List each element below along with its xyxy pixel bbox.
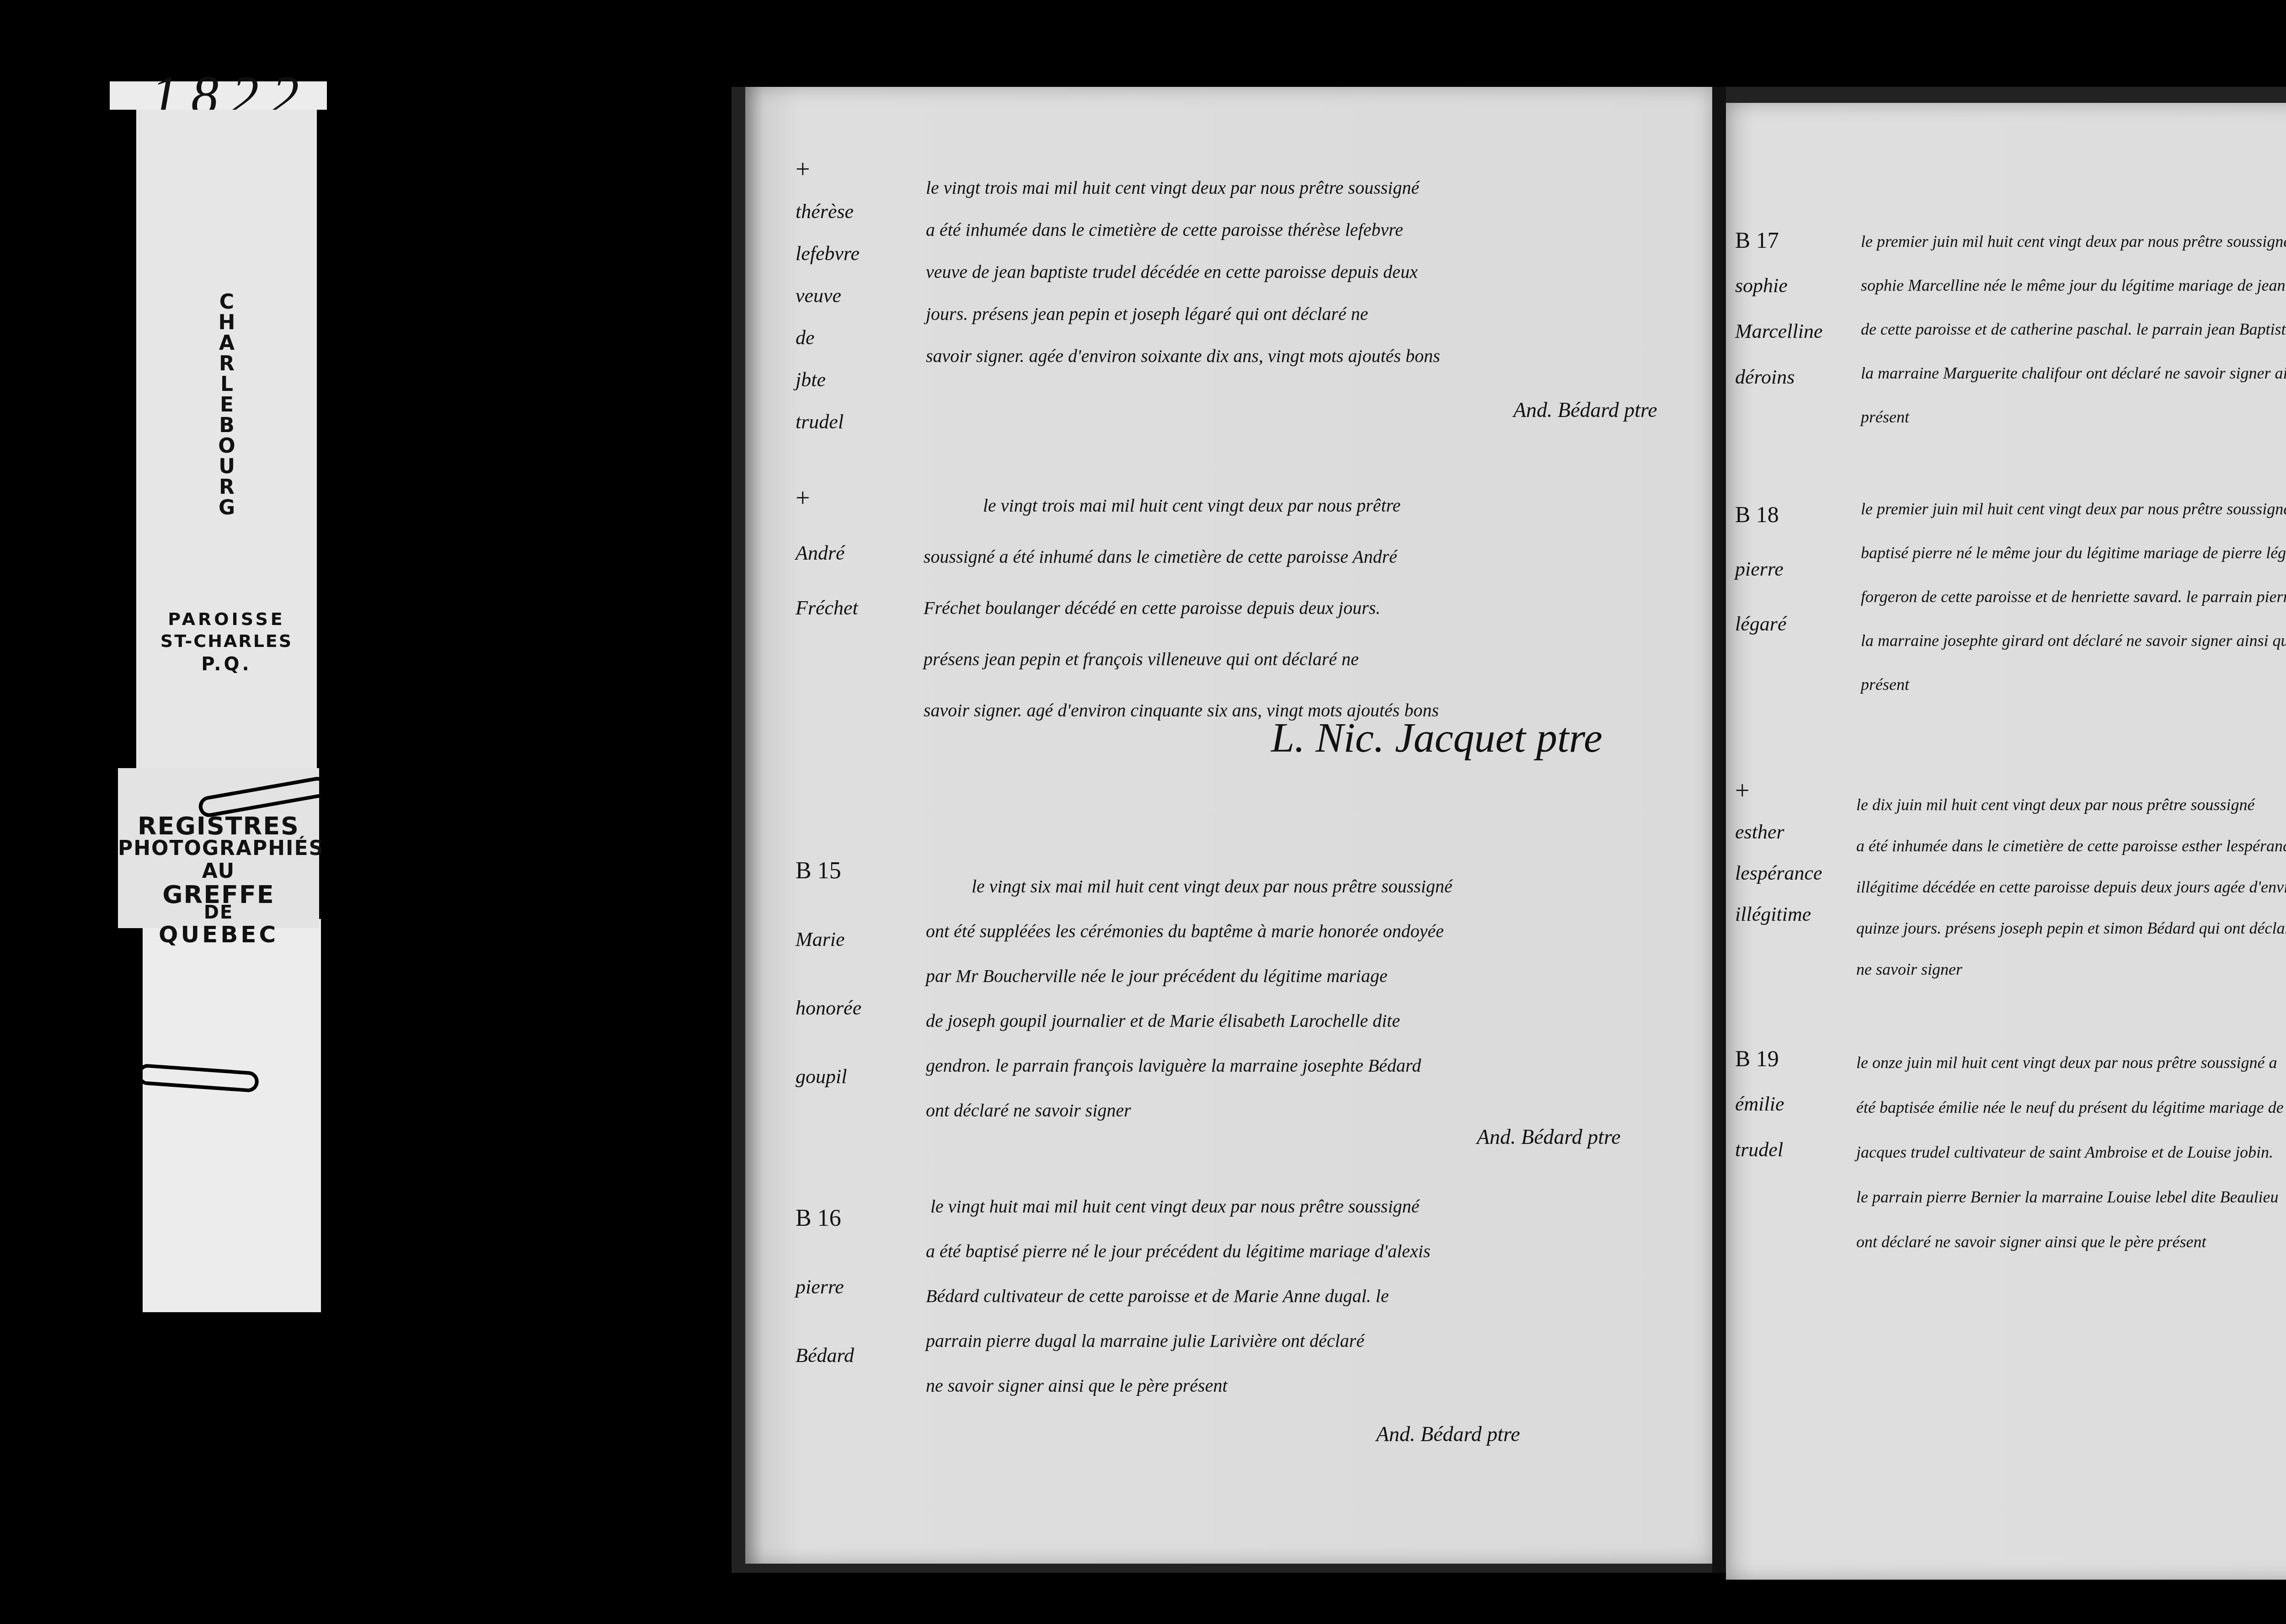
parish-name-vertical: C H A R L E B O U R G [213, 292, 240, 518]
parish-line-3: P.Q. [136, 654, 317, 675]
entry-number: B 15 [796, 837, 861, 905]
entry-margin: B 19 émilie trudel [1735, 1036, 1784, 1173]
label-line: AU [118, 860, 319, 883]
label-line: PHOTOGRAPHIÉS [118, 837, 319, 860]
tag-bottom-strip [143, 919, 321, 1312]
priest-signature: L. Nic. Jacquet ptre [1271, 713, 1602, 762]
entry-number: B 19 [1735, 1036, 1784, 1081]
entry-margin: + André Fréchet [796, 471, 858, 636]
entry-text: le onze juin mil huit cent vingt deux pa… [1856, 1040, 2284, 1264]
entry-number: B 18 [1735, 487, 1786, 542]
entry-margin: B 17 sophie Marcelline déroins [1735, 217, 1822, 400]
entry-text: le dix juin mil huit cent vingt deux par… [1856, 784, 2286, 990]
label-line: REGISTRES [118, 812, 319, 840]
label-line: QUEBEC [118, 921, 319, 948]
cross-icon: + [1735, 770, 1822, 812]
left-page: + thérèse lefebvre veuve de jbte trudel … [745, 87, 1712, 1564]
entry-number: B 17 [1735, 217, 1822, 263]
entry-text: le premier juin mil huit cent vingt deux… [1861, 219, 2286, 439]
registres-label: REGISTRES PHOTOGRAPHIÉS AU GREFFE DE [118, 768, 319, 928]
book-gutter [1712, 87, 1726, 1573]
right-page: huitième 82 B 17 sophie Marcelline déroi… [1726, 103, 2286, 1580]
entry-text: le vingt six mai mil huit cent vingt deu… [926, 864, 1453, 1133]
entry-margin: B 15 Marie honorée goupil [796, 837, 861, 1111]
entry-text: le premier juin mil huit cent vingt deux… [1861, 487, 2286, 706]
priest-signature: And. Bédard ptre [1376, 1422, 1520, 1446]
entry-number: B 16 [796, 1184, 854, 1253]
entry-margin: B 18 pierre légaré [1735, 487, 1786, 652]
register-book: + thérèse lefebvre veuve de jbte trudel … [732, 87, 2286, 1573]
parish-tag: C H A R L E B O U R G PAROISSE ST-CHARLE… [136, 110, 317, 773]
parish-line-1: PAROISSE [136, 609, 317, 629]
label-line: DE [118, 902, 319, 923]
entry-margin: + thérèse lefebvre veuve de jbte trudel [796, 149, 860, 443]
entry-margin: + esther lespérance illégitime [1735, 770, 1822, 935]
cross-icon: + [796, 471, 858, 526]
entry-text: le vingt huit mai mil huit cent vingt de… [926, 1184, 1430, 1408]
parish-line-2: ST-CHARLES [136, 631, 317, 651]
entry-margin: B 16 pierre Bédard [796, 1184, 854, 1390]
priest-signature: And. Bédard ptre [1477, 1125, 1621, 1149]
entry-text: le vingt trois mai mil huit cent vingt d… [926, 167, 1440, 377]
priest-signature: And. Bédard ptre [1513, 398, 1657, 422]
year-tag: 1822 [110, 81, 327, 110]
cross-icon: + [796, 149, 860, 191]
entry-text: le vingt trois mai mil huit cent vingt d… [983, 480, 1439, 736]
